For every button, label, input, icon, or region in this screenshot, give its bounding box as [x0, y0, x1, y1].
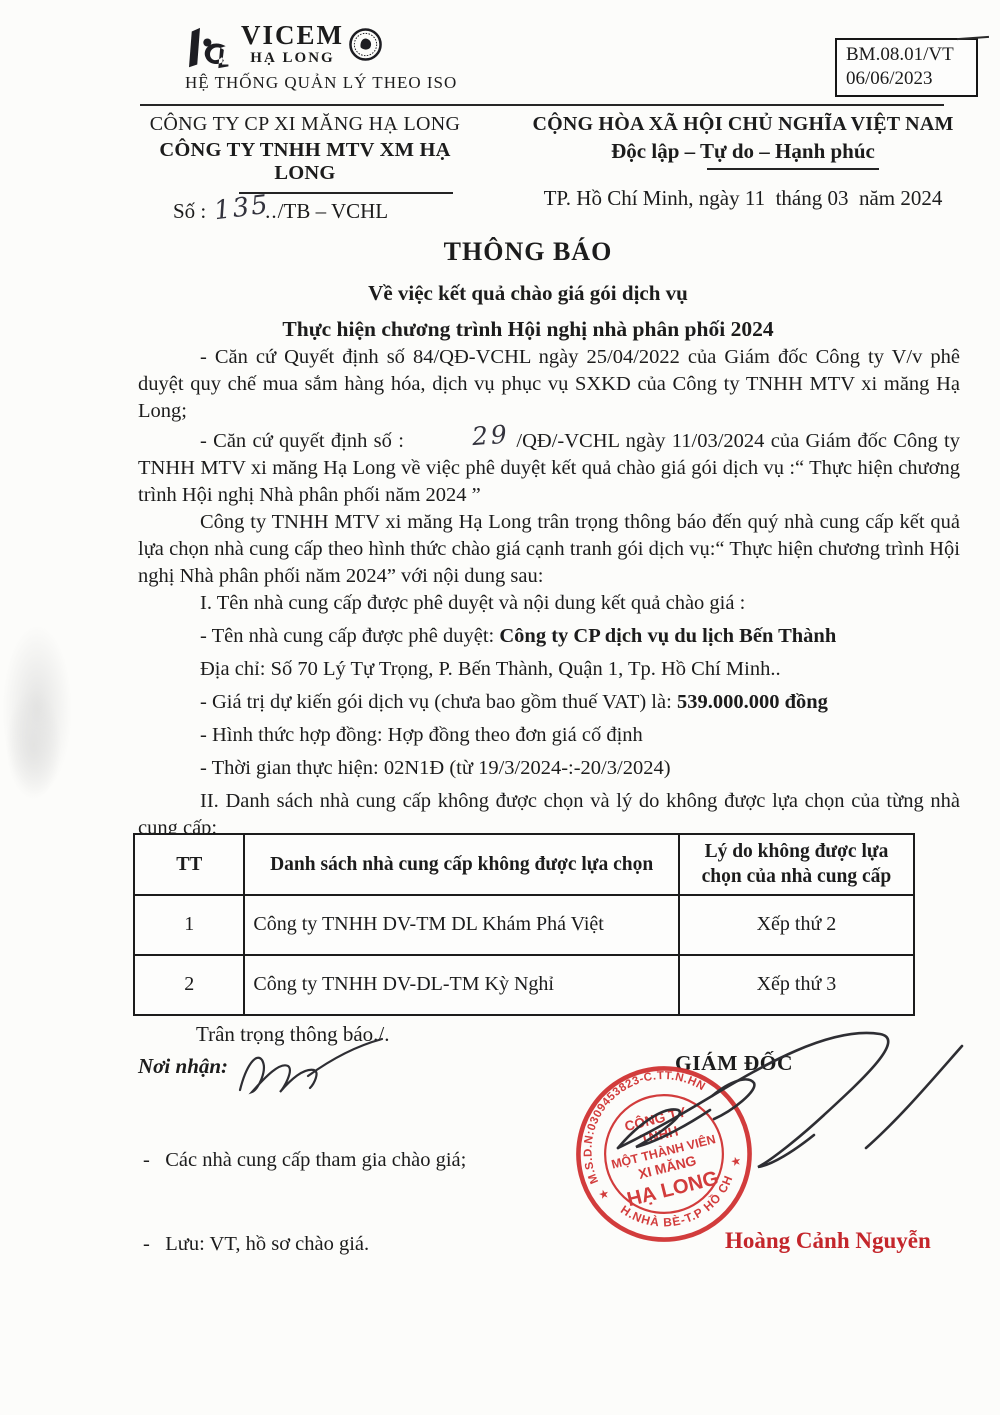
issuing-company-name: CÔNG TY TNHH MTV XM HẠ LONG [133, 139, 477, 185]
form-code: BM.08.01/VT [846, 43, 970, 67]
cell-index: 2 [134, 955, 244, 1015]
place-date-line: TP. Hồ Chí Minh, ngày 11 tháng 03 năm 20… [520, 186, 966, 211]
motto-line: Độc lập – Tự do – Hạnh phúc [520, 139, 966, 164]
col-header-tt: TT [134, 834, 244, 895]
recipient-item: - Các nhà cung cấp tham gia chào giá; [143, 1146, 466, 1174]
national-motto-block: CỘNG HÒA XÃ HỘI CHỦ NGHĨA VIỆT NAM Độc l… [520, 113, 966, 211]
contract-type-line: - Hình thức hợp đồng: Hợp đồng theo đơn … [138, 722, 960, 749]
col-header-reason: Lý do không được lựa chọn của nhà cung c… [679, 834, 914, 895]
cell-supplier: Công ty TNHH DV-DL-TM Kỳ Nghỉ [244, 955, 679, 1015]
supplier-line: - Tên nhà cung cấp được phê duyệt: Công … [138, 623, 960, 650]
col-header-supplier: Danh sách nhà cung cấp không được lựa ch… [244, 834, 679, 895]
paragraph-basis-1: - Căn cứ Quyết định số 84/QĐ-VCHL ngày 2… [138, 344, 960, 425]
table-row: 1 Công ty TNHH DV-TM DL Khám Phá Việt Xế… [134, 895, 914, 955]
cell-index: 1 [134, 895, 244, 955]
issuer-divider [239, 192, 453, 194]
signature-ink [560, 1018, 980, 1203]
paragraph-announcement: Công ty TNHH MTV xi măng Hạ Long trân tr… [138, 509, 960, 590]
cell-reason: Xếp thứ 2 [679, 895, 914, 955]
company-logo-block: VICEM HẠ LONG HỆ THỐNG QUẢN LÝ THEO ISO [185, 22, 445, 93]
form-code-box: BM.08.01/VT 06/06/2023 [835, 38, 978, 97]
scan-ghost-artifact [6, 690, 61, 800]
recipients-list: - Các nhà cung cấp tham gia chào giá; - … [143, 1090, 466, 1314]
republic-title: CỘNG HÒA XÃ HỘI CHỦ NGHĨA VIỆT NAM [520, 113, 966, 136]
vicem-logo-icon [185, 26, 237, 70]
price-value: 539.000.000 đồng [677, 691, 828, 713]
doc-number-prefix: Số : [173, 199, 212, 223]
basis-2-prefix: - Căn cứ quyết định số : [200, 430, 410, 452]
issuer-block: CÔNG TY CP XI MĂNG HẠ LONG CÔNG TY TNHH … [133, 113, 477, 225]
address-line: Địa chỉ: Số 70 Lý Tự Trọng, P. Bến Thành… [138, 656, 960, 683]
motto-underline [707, 168, 879, 170]
cell-reason: Xếp thứ 3 [679, 955, 914, 1015]
iso-emblem-icon [349, 28, 382, 61]
scanned-notice-document: VICEM HẠ LONG HỆ THỐNG QUẢN LÝ THEO ISO … [0, 0, 1000, 1415]
document-body: - Căn cứ Quyết định số 84/QĐ-VCHL ngày 2… [138, 344, 960, 842]
logo-wordmark: VICEM HẠ LONG [241, 22, 344, 66]
table-row: 2 Công ty TNHH DV-DL-TM Kỳ Nghỉ Xếp thứ … [134, 955, 914, 1015]
recipient-item: - Lưu: VT, hồ sơ chào giá. [143, 1230, 466, 1258]
doc-number-suffix: /TB – VCHL [278, 199, 388, 223]
handwritten-decision-number: 29 [409, 421, 510, 455]
document-subtitle-1: Về việc kết quả chào giá gói dịch vụ [56, 281, 1000, 306]
document-title-block: THÔNG BÁO Về việc kết quả chào giá gói d… [56, 237, 1000, 342]
header-divider [140, 104, 944, 106]
supplier-name: Công ty CP dịch vụ du lịch Bến Thành [499, 625, 836, 647]
recipients-label: Nơi nhận: [138, 1054, 228, 1079]
paragraph-basis-2: - Căn cứ quyết định số : 29 /QĐ/-VCHL ng… [138, 425, 960, 509]
initial-signature [222, 1032, 392, 1117]
duration-line: - Thời gian thực hiện: 02N1Đ (từ 19/3/20… [138, 755, 960, 782]
supplier-label: - Tên nhà cung cấp được phê duyệt: [200, 625, 499, 647]
logo-brand-text: VICEM [241, 22, 344, 49]
form-date: 06/06/2023 [846, 67, 970, 91]
price-label: - Giá trị dự kiến gói dịch vụ (chưa bao … [200, 691, 677, 713]
document-subtitle-2: Thực hiện chương trình Hội nghị nhà phân… [56, 317, 1000, 342]
handwritten-doc-number: 135 [212, 190, 271, 227]
document-number-line: Số : 135../TB – VCHL [133, 195, 477, 225]
parent-company-name: CÔNG TY CP XI MĂNG HẠ LONG [133, 113, 477, 136]
rejected-suppliers-table: TT Danh sách nhà cung cấp không được lựa… [133, 833, 915, 1016]
document-title: THÔNG BÁO [56, 237, 1000, 267]
cell-supplier: Công ty TNHH DV-TM DL Khám Phá Việt [244, 895, 679, 955]
iso-system-caption: HỆ THỐNG QUẢN LÝ THEO ISO [185, 73, 445, 93]
table-header-row: TT Danh sách nhà cung cấp không được lựa… [134, 834, 914, 895]
section-1-title: I. Tên nhà cung cấp được phê duyệt và nộ… [138, 590, 960, 617]
logo-sub-text: HẠ LONG [241, 51, 344, 66]
price-line: - Giá trị dự kiến gói dịch vụ (chưa bao … [138, 689, 960, 716]
signer-name: Hoàng Cảnh Nguyễn [725, 1228, 931, 1254]
